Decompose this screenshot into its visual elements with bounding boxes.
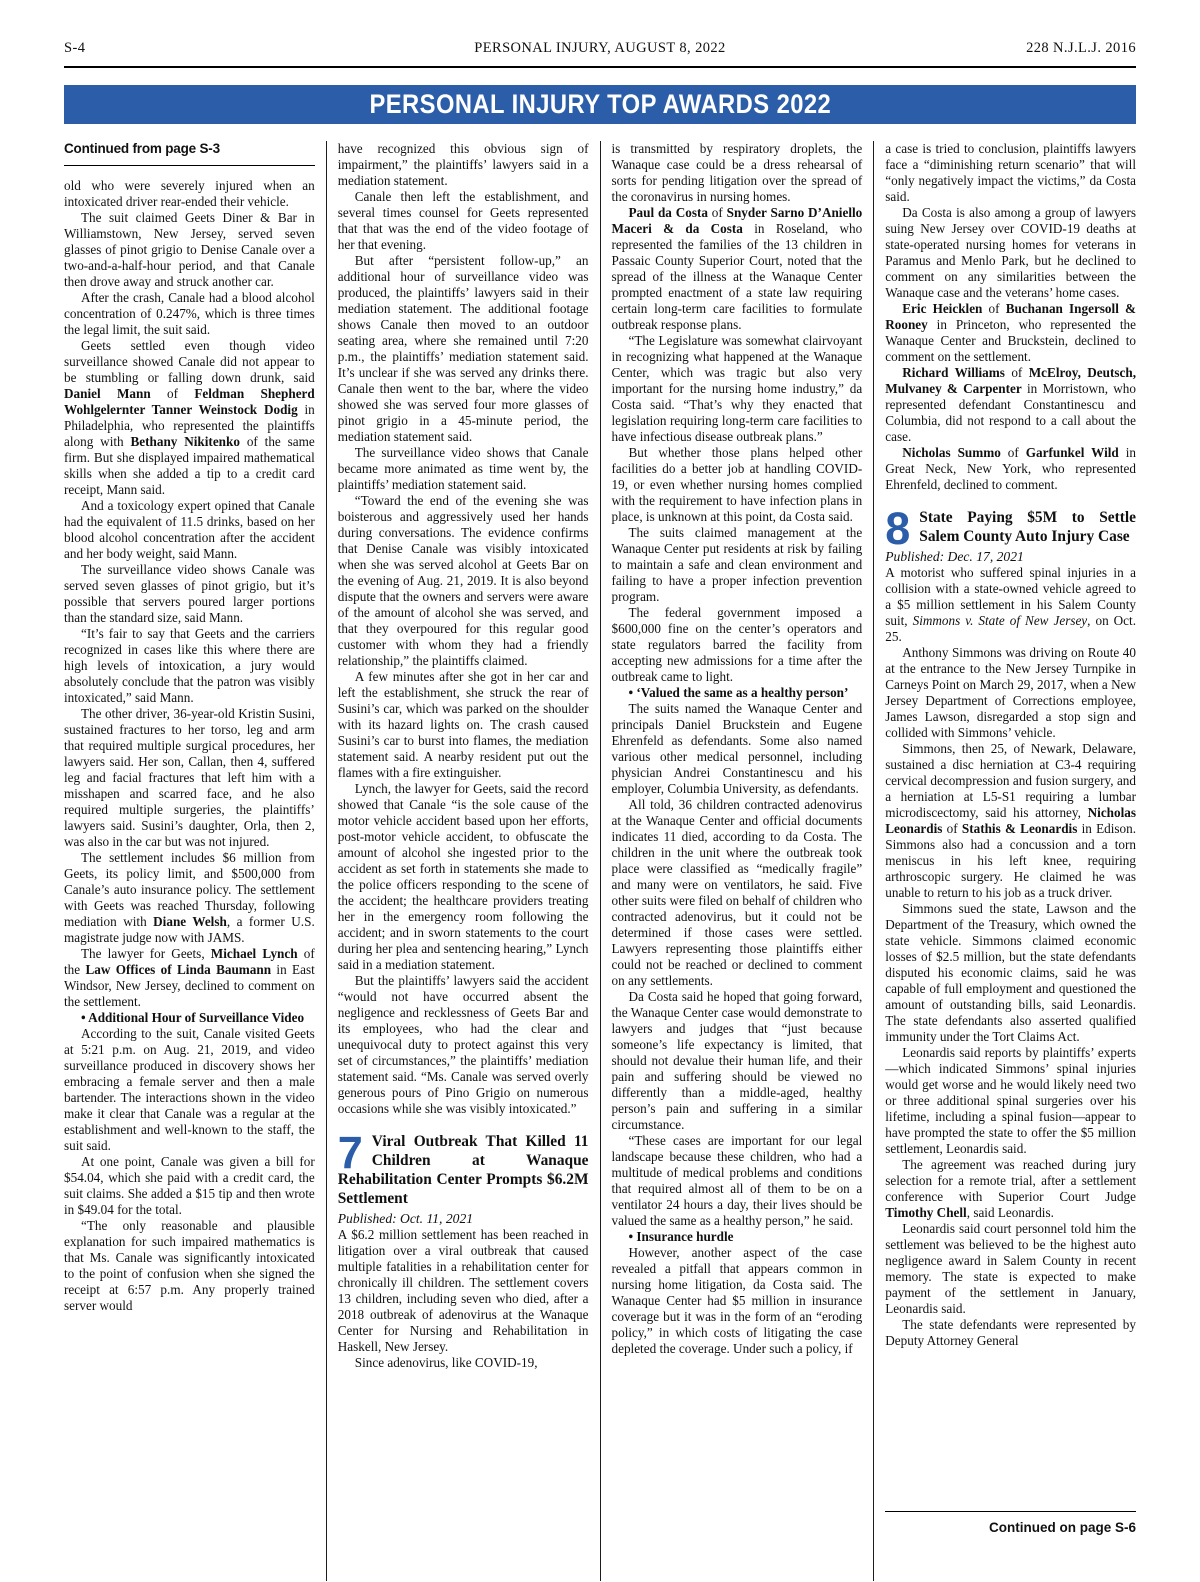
paragraph: The settlement includes $6 million from … [64,850,315,946]
paragraph: However, another aspect of the case reve… [612,1245,863,1357]
bold-text: Richard Williams [902,365,1005,380]
paragraph: Geets settled even though video surveill… [64,338,315,498]
paragraph: Richard Williams of McElroy, Deutsch, Mu… [885,365,1136,445]
paragraph: The suits claimed management at the Wana… [612,525,863,605]
citation: 228 N.J.L.J. 2016 [1026,40,1136,57]
paragraph: Da Costa said he hoped that going forwar… [612,989,863,1133]
paragraph: At one point, Canale was given a bill fo… [64,1154,315,1218]
bold-text: Stathis & Leonardis [962,821,1077,836]
paragraph: All told, 36 children contracted adenovi… [612,797,863,989]
paragraph: The surveillance video shows Canale was … [64,562,315,626]
bold-text: Timothy Chell [885,1205,966,1220]
bold-text: Eric Heicklen [902,301,982,316]
paragraph: Anthony Simmons was driving on Route 40 … [885,645,1136,741]
paragraph: But the plaintiffs’ lawyers said the acc… [338,973,589,1117]
bold-text: Daniel Mann [64,386,151,401]
paragraph: a case is tried to conclusion, plaintiff… [885,141,1136,205]
paragraph: Lynch, the lawyer for Geets, said the re… [338,781,589,973]
paragraph: “It’s fair to say that Geets and the car… [64,626,315,706]
bold-text: • ‘Valued the same as a healthy person’ [629,685,849,700]
paragraph: Da Costa is also among a group of lawyer… [885,205,1136,301]
bold-text: Paul da Costa [629,205,708,220]
paragraph: But after “persistent follow-up,” an add… [338,253,589,445]
article-number: 7 [338,1135,363,1170]
paragraph: • Additional Hour of Surveillance Video [64,1010,315,1026]
paragraph: is transmitted by respiratory droplets, … [612,141,863,205]
paragraph: Since adenovirus, like COVID-19, [338,1355,589,1371]
paragraph: have recognized this obvious sign of imp… [338,141,589,189]
paragraph: And a toxicology expert opined that Cana… [64,498,315,562]
paragraph: According to the suit, Canale visited Ge… [64,1026,315,1154]
paragraph: The surveillance video shows that Canale… [338,445,589,493]
paragraph: “The Legislature was somewhat clairvoyan… [612,333,863,445]
masthead-title: PERSONAL INJURY, AUGUST 8, 2022 [474,40,725,57]
newspaper-page: S-4 PERSONAL INJURY, AUGUST 8, 2022 228 … [0,0,1200,1582]
paragraph: Nicholas Summo of Garfunkel Wild in Grea… [885,445,1136,493]
bold-text: Garfunkel Wild [1026,445,1119,460]
page-number: S-4 [64,40,85,57]
article-headline: 7Viral Outbreak That Killed 11 Children … [338,1132,589,1208]
paragraph: Leonardis said court personnel told him … [885,1221,1136,1317]
paragraph: Simmons, then 25, of Newark, Delaware, s… [885,741,1136,901]
paragraph: The agreement was reached during jury se… [885,1157,1136,1221]
continued-from-label: Continued from page S-3 [64,141,315,166]
paragraph: A few minutes after she got in her car a… [338,669,589,781]
paragraph: old who were severely injured when an in… [64,178,315,210]
bold-text: Diane Welsh [153,914,227,929]
bold-text: • Insurance hurdle [629,1229,734,1244]
article-number: 8 [885,511,910,546]
article-headline: 8State Paying $5M to Settle Salem County… [885,508,1136,546]
published-line: Published: Dec. 17, 2021 [885,548,1136,565]
bold-text: Bethany Nikitenko [130,434,239,449]
paragraph: “The only reasonable and plausible expla… [64,1218,315,1314]
paragraph: Eric Heicklen of Buchanan Ingersoll & Ro… [885,301,1136,365]
masthead: S-4 PERSONAL INJURY, AUGUST 8, 2022 228 … [64,40,1136,68]
bold-text: Michael Lynch [211,946,298,961]
paragraph: “Toward the end of the evening she was b… [338,493,589,669]
paragraph: Leonardis said reports by plaintiffs’ ex… [885,1045,1136,1157]
paragraph: But whether those plans helped other fac… [612,445,863,525]
paragraph: • ‘Valued the same as a healthy person’ [612,685,863,701]
bold-text: Nicholas Summo [902,445,1001,460]
bold-text: Law Offices of Linda Baumann [85,962,271,977]
paragraph: • Insurance hurdle [612,1229,863,1245]
paragraph: The lawyer for Geets, Michael Lynch of t… [64,946,315,1010]
paragraph: A $6.2 million settlement has been reach… [338,1227,589,1355]
italic-text: Simmons v. State of New Jersey [913,613,1088,628]
column-4: a case is tried to conclusion, plaintiff… [873,141,1136,1581]
article-columns: Continued from page S-3old who were seve… [64,141,1136,1581]
paragraph: The suits named the Wanaque Center and p… [612,701,863,797]
page-title: PERSONAL INJURY TOP AWARDS 2022 [369,91,831,118]
paragraph: A motorist who suffered spinal injuries … [885,565,1136,645]
paragraph: The state defendants were represented by… [885,1317,1136,1349]
paragraph: Simmons sued the state, Lawson and the D… [885,901,1136,1045]
paragraph: The suit claimed Geets Diner & Bar in Wi… [64,210,315,290]
continued-on-label: Continued on page S-6 [885,1511,1136,1535]
published-line: Published: Oct. 11, 2021 [338,1210,589,1227]
paragraph: After the crash, Canale had a blood alco… [64,290,315,338]
paragraph: The other driver, 36-year-old Kristin Su… [64,706,315,850]
section-banner: PERSONAL INJURY TOP AWARDS 2022 [64,85,1136,124]
bold-text: • Additional Hour of Surveillance Video [81,1010,304,1025]
column-1: Continued from page S-3old who were seve… [64,141,326,1581]
paragraph: Paul da Costa of Snyder Sarno D’Aniello … [612,205,863,333]
column-2: have recognized this obvious sign of imp… [326,141,600,1581]
paragraph: Canale then left the establishment, and … [338,189,589,253]
paragraph: The federal government imposed a $600,00… [612,605,863,685]
paragraph: “These cases are important for our legal… [612,1133,863,1229]
column-3: is transmitted by respiratory droplets, … [600,141,874,1581]
